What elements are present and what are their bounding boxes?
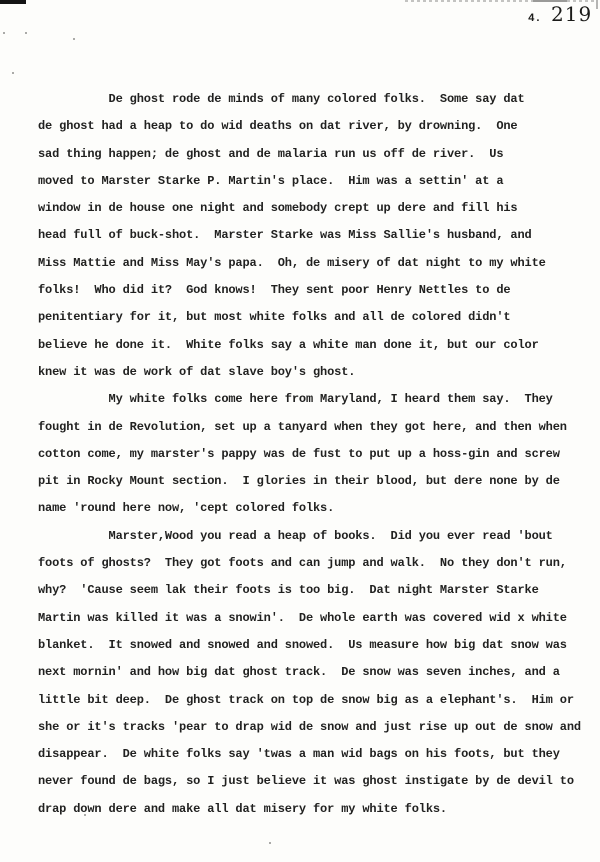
text-line: believe he done it. White folks say a wh… (38, 332, 598, 359)
text-line: de ghost had a heap to do wid deaths on … (38, 113, 598, 140)
scanned-document-page: 4. 219 De ghost rode de minds of many co… (0, 0, 600, 862)
text-line: she or it's tracks 'pear to drap wid de … (38, 714, 598, 741)
text-line: My white folks come here from Maryland, … (38, 386, 598, 413)
text-line: Marster,Wood you read a heap of books. D… (38, 523, 598, 550)
text-line: head full of buck-shot. Marster Starke w… (38, 222, 598, 249)
text-line: pit in Rocky Mount section. I glories in… (38, 468, 598, 495)
text-line: foots of ghosts? They got foots and can … (38, 550, 598, 577)
text-line: Martin was killed it was a snowin'. De w… (38, 605, 598, 632)
text-line: window in de house one night and somebod… (38, 195, 598, 222)
text-line: sad thing happen; de ghost and de malari… (38, 141, 598, 168)
text-line: disappear. De white folks say 'twas a ma… (38, 741, 598, 768)
paper-speck (269, 842, 271, 844)
text-line: moved to Marster Starke P. Martin's plac… (38, 168, 598, 195)
text-line: Miss Mattie and Miss May's papa. Oh, de … (38, 250, 598, 277)
text-line: little bit deep. De ghost track on top d… (38, 687, 598, 714)
page-number-stamp: 219 (551, 2, 592, 26)
text-line: blanket. It snowed and snowed and snowed… (38, 632, 598, 659)
paper-speck (12, 72, 14, 74)
document-body: De ghost rode de minds of many colored f… (38, 86, 598, 823)
text-line: next mornin' and how big dat ghost track… (38, 659, 598, 686)
text-line: knew it was de work of dat slave boy's g… (38, 359, 598, 386)
text-line: De ghost rode de minds of many colored f… (38, 86, 598, 113)
text-line: name 'round here now, 'cept colored folk… (38, 495, 598, 522)
text-line: penitentiary for it, but most white folk… (38, 304, 598, 331)
text-line: drap down dere and make all dat misery f… (38, 796, 598, 823)
page-number-typed: 4. (528, 13, 541, 25)
text-line: folks! Who did it? God knows! They sent … (38, 277, 598, 304)
page-header: 4. 219 (0, 0, 600, 40)
text-line: fought in de Revolution, set up a tanyar… (38, 414, 598, 441)
text-line: why? 'Cause seem lak their foots is too … (38, 577, 598, 604)
text-line: cotton come, my marster's pappy was de f… (38, 441, 598, 468)
text-line: never found de bags, so I just believe i… (38, 768, 598, 795)
